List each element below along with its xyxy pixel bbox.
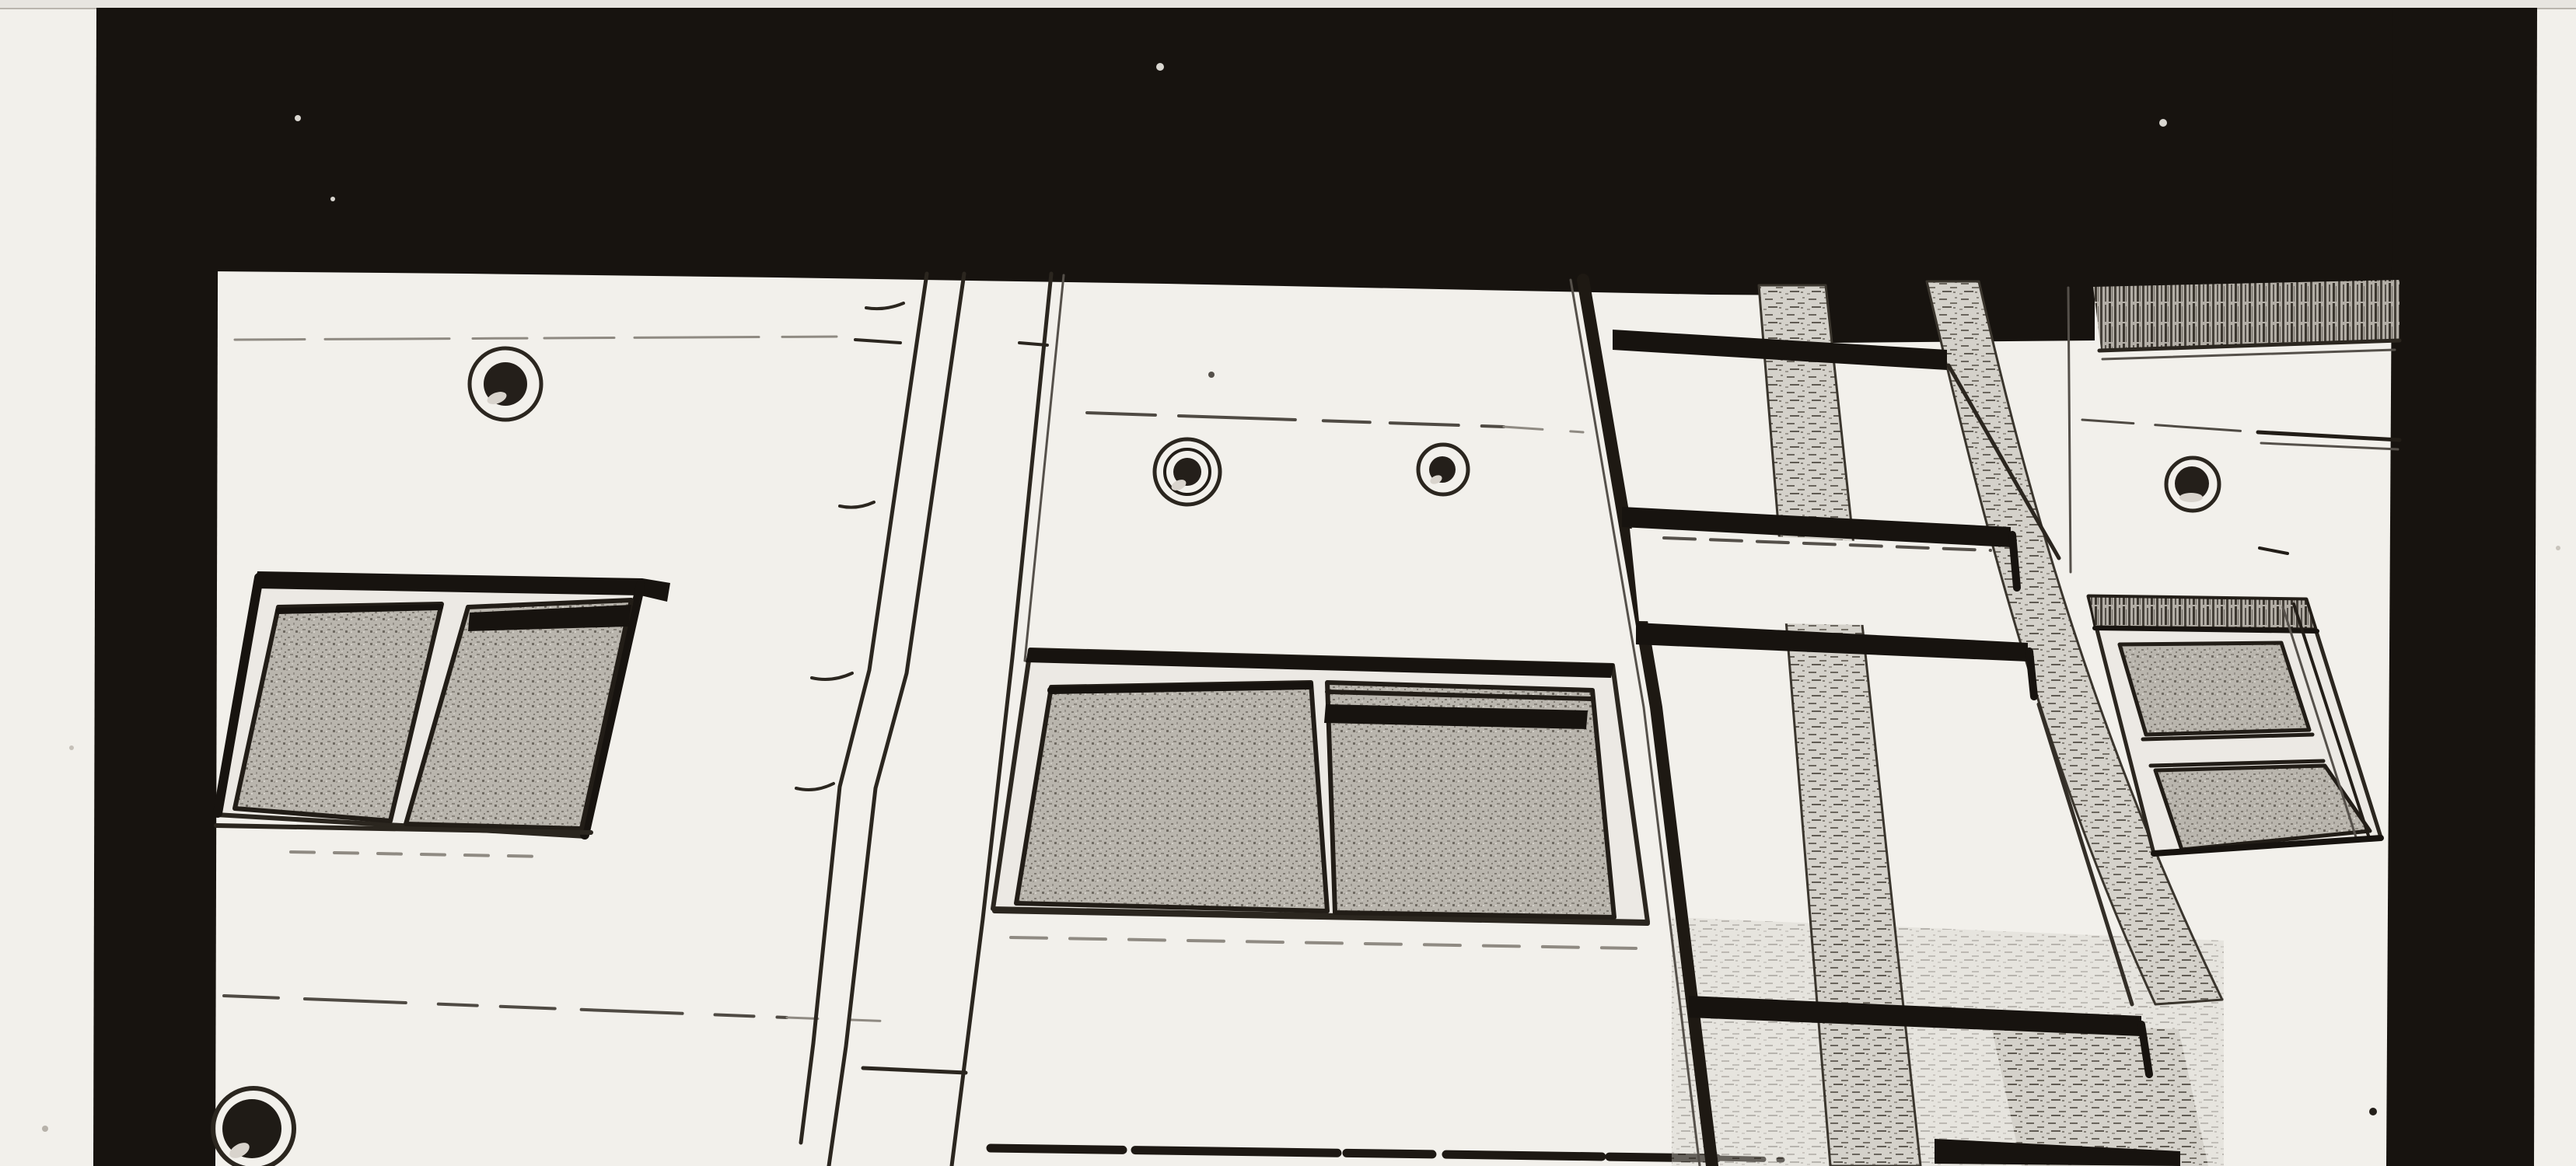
mid-wall-speck	[1208, 372, 1215, 378]
right-vent-highlight	[2179, 493, 2203, 502]
border-speck-4	[2159, 119, 2167, 127]
scene-root	[0, 0, 2576, 1166]
mid-window-pane-left-top	[1051, 686, 1309, 690]
left-window-pane-top-line	[278, 607, 440, 611]
manga-panel-illustration	[0, 0, 2576, 1166]
mid-window-pane-left	[1016, 682, 1327, 911]
stair-bar-1-jog	[2012, 535, 2017, 588]
right-wall-speck	[2369, 1108, 2377, 1115]
right-window-pane-top	[2120, 643, 2309, 735]
panel-border-right	[2386, 8, 2537, 1166]
right-window-topband	[2088, 596, 2316, 629]
left-bottom-vent-core	[222, 1099, 281, 1158]
right-awning	[2093, 280, 2399, 349]
border-speck-2	[330, 197, 335, 201]
panel-border-left	[93, 8, 218, 1166]
border-speck-1	[295, 115, 301, 121]
margin-speck-3	[2556, 546, 2560, 550]
right-window-topline	[2095, 628, 2317, 631]
stair-bar-2-jog	[2029, 651, 2034, 696]
scanned-page	[0, 0, 2576, 1166]
margin-speck-1	[42, 1126, 48, 1132]
margin-speck-2	[69, 745, 74, 750]
border-speck-3	[1156, 63, 1164, 71]
